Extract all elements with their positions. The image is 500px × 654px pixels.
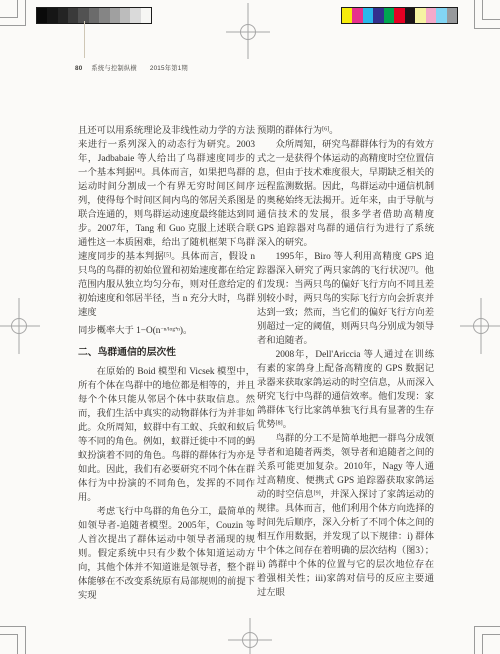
color-calibration-bar — [341, 7, 458, 24]
fold-line — [84, 21, 85, 58]
calibration-step — [99, 8, 109, 23]
citation-superscript: [7] — [408, 266, 415, 272]
calibration-step — [37, 8, 47, 23]
citation-superscript: [9] — [314, 490, 321, 496]
paragraph: 预期的群体行为[6]。 — [257, 124, 434, 138]
calibration-step — [120, 8, 130, 23]
paragraph: 且还可以用系统理论及非线性动力学的方法来进行一系列深入的动态行为研究。2003年… — [78, 124, 255, 320]
citation-superscript: [8] — [276, 420, 283, 426]
journal-title: 系统与控制纵横 — [91, 65, 136, 72]
paragraph: 考虑飞行中鸟群的角色分工，最简单的如领导者-追随者模型。2005年，Couzin… — [78, 505, 255, 603]
calibration-step — [426, 8, 436, 23]
calibration-step — [436, 8, 446, 23]
calibration-step — [68, 8, 78, 23]
registration-mark-right-edge — [460, 298, 500, 354]
calibration-step — [447, 8, 457, 23]
calibration-step — [47, 8, 57, 23]
calibration-step — [363, 8, 373, 23]
calibration-step — [342, 8, 352, 23]
scanned-journal-page: 80系统与控制纵横2015年第1期 且还可以用系统理论及非线性动力学的方法来进行… — [0, 0, 500, 654]
issue-label: 2015年第1期 — [150, 65, 188, 72]
calibration-step — [130, 8, 140, 23]
crop-mark-bottom-left-inner — [0, 626, 26, 654]
calibration-step — [405, 8, 415, 23]
citation-superscript: [5] — [164, 252, 171, 258]
article-left-column: 且还可以用系统理论及非线性动力学的方法来进行一系列深入的动态行为研究。2003年… — [78, 124, 255, 603]
crop-mark-top-left-inner — [0, 0, 26, 26]
calibration-step — [58, 8, 68, 23]
paragraph: 1995年，Biro 等人利用高精度 GPS 追踪器深入研究了两只家鸽的飞行状况… — [257, 250, 434, 348]
running-header: 80系统与控制纵横2015年第1期 — [75, 63, 188, 72]
paragraph: 众所周知，研究鸟群群体行为的有效方式之一是获得个体运动的高精度时空位置信息，但由… — [257, 138, 434, 250]
calibration-step — [373, 8, 383, 23]
registration-mark-top-center — [226, 3, 270, 59]
citation-superscript: [6] — [322, 126, 329, 132]
article-right-column: 预期的群体行为[6]。众所周知，研究鸟群群体行为的有效方式之一是获得个体运动的高… — [257, 124, 434, 600]
citation-superscript: [4] — [135, 168, 142, 174]
math-formula: 同步概率大于 1−O(n−n/log⁴n)。 — [78, 324, 255, 338]
calibration-step — [141, 8, 151, 23]
registration-mark-left-edge — [0, 298, 40, 354]
crop-mark-bottom-right-inner — [474, 626, 500, 654]
registration-mark-bottom-center — [228, 618, 272, 654]
calibration-step — [415, 8, 425, 23]
page-number: 80 — [75, 65, 82, 72]
crop-mark-top-right-inner — [474, 0, 500, 29]
calibration-step — [384, 8, 394, 23]
paragraph: 在原始的 Boid 模型和 Vicsek 模型中，所有个体在鸟群中的地位都是相等… — [78, 365, 255, 505]
paragraph: 2008年，Dell'Ariccia 等人通过在训练有素的家鸽身上配备高精度的 … — [257, 348, 434, 432]
section-heading: 二、鸟群通信的层次性 — [78, 346, 255, 359]
formula-superscript: −n/log⁴n — [160, 326, 179, 332]
calibration-step — [352, 8, 362, 23]
grayscale-calibration-bar — [36, 7, 152, 24]
calibration-step — [394, 8, 404, 23]
calibration-step — [89, 8, 99, 23]
calibration-step — [110, 8, 120, 23]
paragraph: 鸟群的分工不是简单地把一群鸟分成领导者和追随者两类，领导者和追随者之间的关系可能… — [257, 432, 434, 600]
